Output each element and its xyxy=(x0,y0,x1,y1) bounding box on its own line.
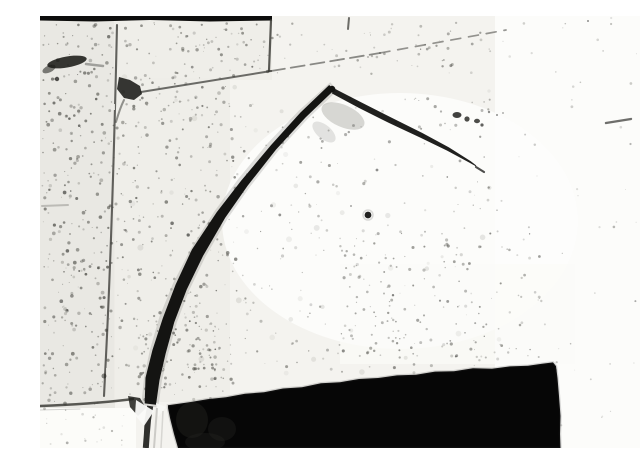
arch-apex xyxy=(329,86,335,92)
dark-spot-mid xyxy=(365,212,372,219)
photograph: Black-and-white photograph of an ashlar … xyxy=(40,16,640,448)
joint-tick-top xyxy=(348,18,349,29)
photo-canvas xyxy=(40,16,640,448)
